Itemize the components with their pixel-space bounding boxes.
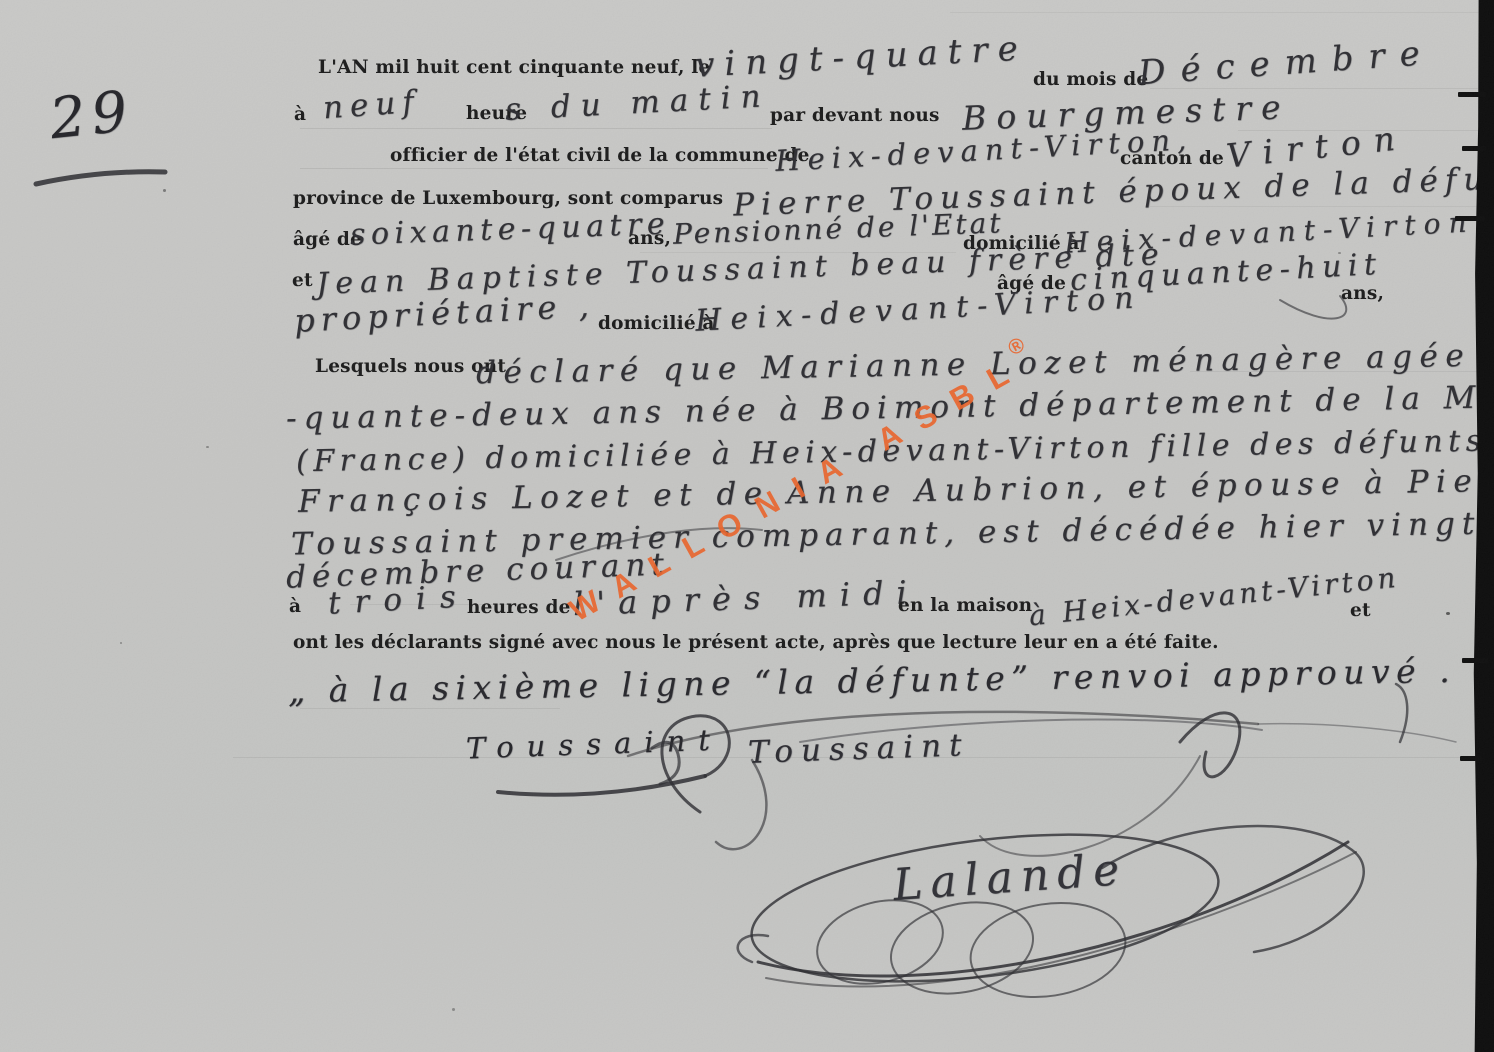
ruled-line bbox=[950, 12, 1480, 13]
hw-death-hour: trois bbox=[327, 581, 470, 619]
ruled-line bbox=[300, 168, 768, 169]
binding-tick bbox=[1460, 756, 1482, 761]
hw-declarant1-age: soixante-quatre bbox=[350, 209, 671, 250]
ink-speck bbox=[452, 1008, 455, 1011]
hw-month: Décembre bbox=[1137, 36, 1436, 91]
printed-commune-clause: officier de l'état civil de la commune d… bbox=[390, 147, 810, 166]
hw-declarant2-domicile: Heix-devant-Virton bbox=[695, 283, 1144, 336]
ink-speck bbox=[163, 189, 166, 192]
printed-province-clause: province de Luxembourg, sont comparus bbox=[293, 190, 723, 209]
binding-tick bbox=[1458, 92, 1486, 97]
printed-ans: ans, bbox=[628, 230, 671, 249]
hw-hour: neuf bbox=[322, 87, 422, 125]
printed-canton-de: canton de bbox=[1120, 150, 1224, 169]
printed-du-mois: du mois de bbox=[1033, 71, 1148, 90]
hw-declarant1-profession: Pensionné de l'Etat bbox=[673, 209, 1004, 249]
printed-heures-de: heures de bbox=[467, 599, 571, 618]
ink-speck bbox=[206, 446, 209, 448]
ink-speck bbox=[120, 642, 122, 644]
printed-a: à bbox=[294, 106, 306, 125]
hw-day: vingt-quatre bbox=[694, 31, 1028, 82]
death-record-scan: 29 L'AN mil huit cent cinquante neuf, le… bbox=[0, 0, 1494, 1052]
hw-time-of-day: s du matin bbox=[504, 81, 771, 126]
binding-tick bbox=[1462, 658, 1488, 663]
hw-death-place: à Heix-devant-Virton bbox=[1028, 564, 1401, 631]
hw-marginal-note: „ à la sixième ligne “la défunte” renvoi… bbox=[288, 654, 1457, 707]
printed-closing-clause: ont les déclarants signé avec nous le pr… bbox=[293, 634, 1219, 653]
ink-speck bbox=[1446, 612, 1450, 615]
printed-et: et bbox=[292, 272, 313, 291]
act-number: 29 bbox=[47, 84, 136, 148]
binding-tick bbox=[1462, 146, 1486, 151]
binding-tick bbox=[1455, 216, 1485, 221]
ruled-line bbox=[300, 128, 772, 129]
printed-a2: à bbox=[289, 598, 301, 617]
printed-en-la-maison: en la maison bbox=[898, 597, 1032, 616]
signature-declarant1: Toussaint bbox=[466, 726, 724, 764]
signature-officer: Lalande bbox=[892, 848, 1129, 908]
printed-et2: et bbox=[1350, 602, 1371, 621]
printed-ans2: ans, bbox=[1341, 285, 1384, 304]
printed-par-devant-nous: par devant nous bbox=[770, 107, 940, 126]
signature-declarant2: Toussaint bbox=[748, 730, 970, 769]
printed-year-clause: L'AN mil huit cent cinquante neuf, le bbox=[318, 59, 710, 78]
